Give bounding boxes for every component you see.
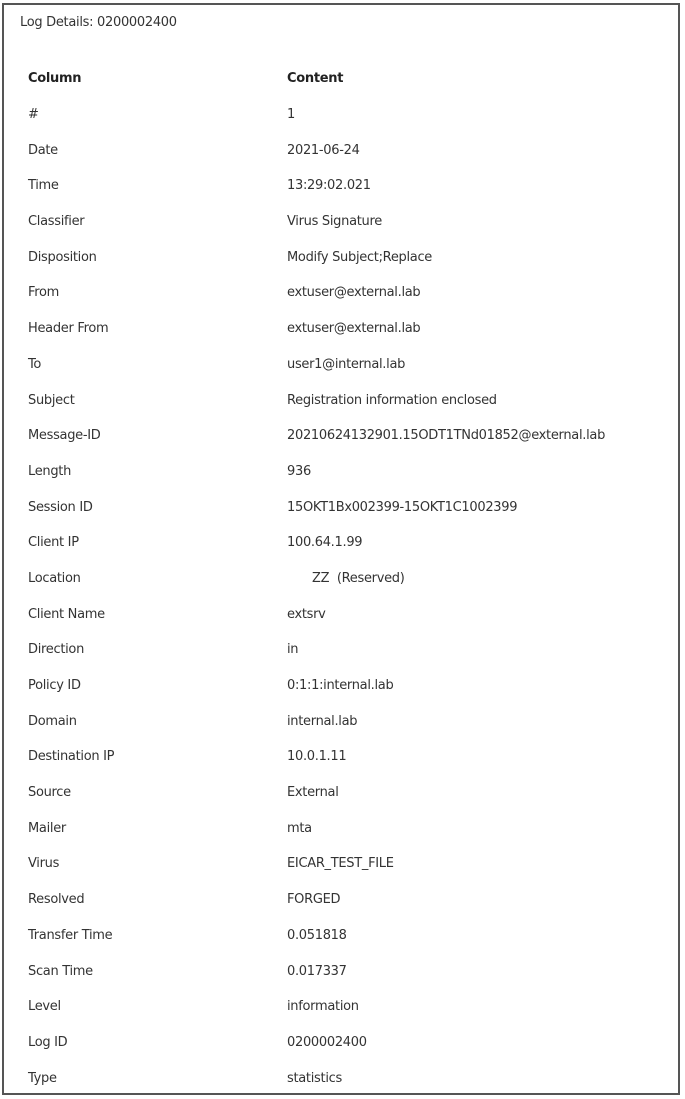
row-content-value: 0.017337 [287,964,666,979]
table-row: Log ID0200002400 [26,1025,666,1061]
row-column-name: Mailer [26,821,287,836]
table-row: Length936 [26,454,666,490]
row-column-name: Scan Time [26,964,287,979]
row-content-value: 0.051818 [287,928,666,943]
row-column-name: Session ID [26,500,287,515]
table-row: Scan Time0.017337 [26,953,666,989]
row-content-value: 20210624132901.15ODT1TNd01852@external.l… [287,428,666,443]
row-content-value: EICAR_TEST_FILE [287,856,666,871]
row-content-value: extuser@external.lab [287,321,666,336]
row-column-name: Transfer Time [26,928,287,943]
table-row: Directionin [26,632,666,668]
row-column-name: Disposition [26,250,287,265]
row-content-value: mta [287,821,666,836]
table-row: Client Nameextsrv [26,596,666,632]
row-column-name: From [26,285,287,300]
table-row: Touser1@internal.lab [26,347,666,383]
table-row: Session ID15OKT1Bx002399-15OKT1C1002399 [26,489,666,525]
table-row: VirusEICAR_TEST_FILE [26,846,666,882]
row-column-name: Type [26,1071,287,1086]
row-content-value: Modify Subject;Replace [287,250,666,265]
table-row: SourceExternal [26,775,666,811]
row-content-value: in [287,642,666,657]
row-column-name: Header From [26,321,287,336]
table-row: Header Fromextuser@external.lab [26,311,666,347]
row-column-name: Domain [26,714,287,729]
row-content-value: ZZ (Reserved) [287,571,666,586]
table-row: SubjectRegistration information enclosed [26,382,666,418]
row-column-name: Destination IP [26,749,287,764]
table-row: Time13:29:02.021 [26,168,666,204]
row-column-name: Message-ID [26,428,287,443]
row-content-value: 936 [287,464,666,479]
table-row: Destination IP10.0.1.11 [26,739,666,775]
row-content-value: External [287,785,666,800]
table-row: Fromextuser@external.lab [26,275,666,311]
row-column-name: Date [26,143,287,158]
row-column-name: Virus [26,856,287,871]
table-row: ClassifierVirus Signature [26,204,666,240]
table-row: #1 [26,97,666,133]
row-content-value: 15OKT1Bx002399-15OKT1C1002399 [287,500,666,515]
row-column-name: Client Name [26,607,287,622]
row-column-name: Classifier [26,214,287,229]
row-content-value: user1@internal.lab [287,357,666,372]
row-content-value: 1 [287,107,666,122]
row-column-name: Location [26,571,287,586]
row-column-name: Subject [26,393,287,408]
table-row: Date2021-06-24 [26,132,666,168]
row-content-value: FORGED [287,892,666,907]
table-row: Client IP100.64.1.99 [26,525,666,561]
panel-title: Log Details: 0200002400 [20,15,177,30]
row-column-name: Direction [26,642,287,657]
table-row: Message-ID20210624132901.15ODT1TNd01852@… [26,418,666,454]
row-content-value: Registration information enclosed [287,393,666,408]
row-column-name: Source [26,785,287,800]
row-column-name: To [26,357,287,372]
row-content-value: extuser@external.lab [287,285,666,300]
row-content-value: 0200002400 [287,1035,666,1050]
row-content-value: internal.lab [287,714,666,729]
row-column-name: Client IP [26,535,287,550]
row-column-name: Length [26,464,287,479]
row-content-value: 100.64.1.99 [287,535,666,550]
table-row: Levelinformation [26,989,666,1025]
row-content-value: 2021-06-24 [287,143,666,158]
row-column-name: Time [26,178,287,193]
log-details-table: Column Content #1Date2021-06-24Time13:29… [26,61,666,1096]
table-header-row: Column Content [26,61,666,97]
row-column-name: Log ID [26,1035,287,1050]
row-content-value: 10.0.1.11 [287,749,666,764]
row-content-value: extsrv [287,607,666,622]
row-column-name: Level [26,999,287,1014]
row-content-value: 13:29:02.021 [287,178,666,193]
row-content-value: Virus Signature [287,214,666,229]
row-column-name: Resolved [26,892,287,907]
row-content-value: statistics [287,1071,666,1086]
log-details-panel: Log Details: 0200002400 Column Content #… [2,3,680,1095]
row-column-name: # [26,107,287,122]
row-column-name: Policy ID [26,678,287,693]
table-row: Policy ID0:1:1:internal.lab [26,668,666,704]
row-content-value: information [287,999,666,1014]
table-row: DispositionModify Subject;Replace [26,239,666,275]
table-row: Transfer Time0.051818 [26,918,666,954]
content-header: Content [287,71,666,86]
column-header: Column [26,71,287,86]
table-row: LocationZZ (Reserved) [26,561,666,597]
table-body: #1Date2021-06-24Time13:29:02.021Classifi… [26,97,666,1096]
table-row: Domaininternal.lab [26,703,666,739]
table-row: ResolvedFORGED [26,882,666,918]
table-row: Typestatistics [26,1060,666,1096]
row-content-value: 0:1:1:internal.lab [287,678,666,693]
table-row: Mailermta [26,810,666,846]
